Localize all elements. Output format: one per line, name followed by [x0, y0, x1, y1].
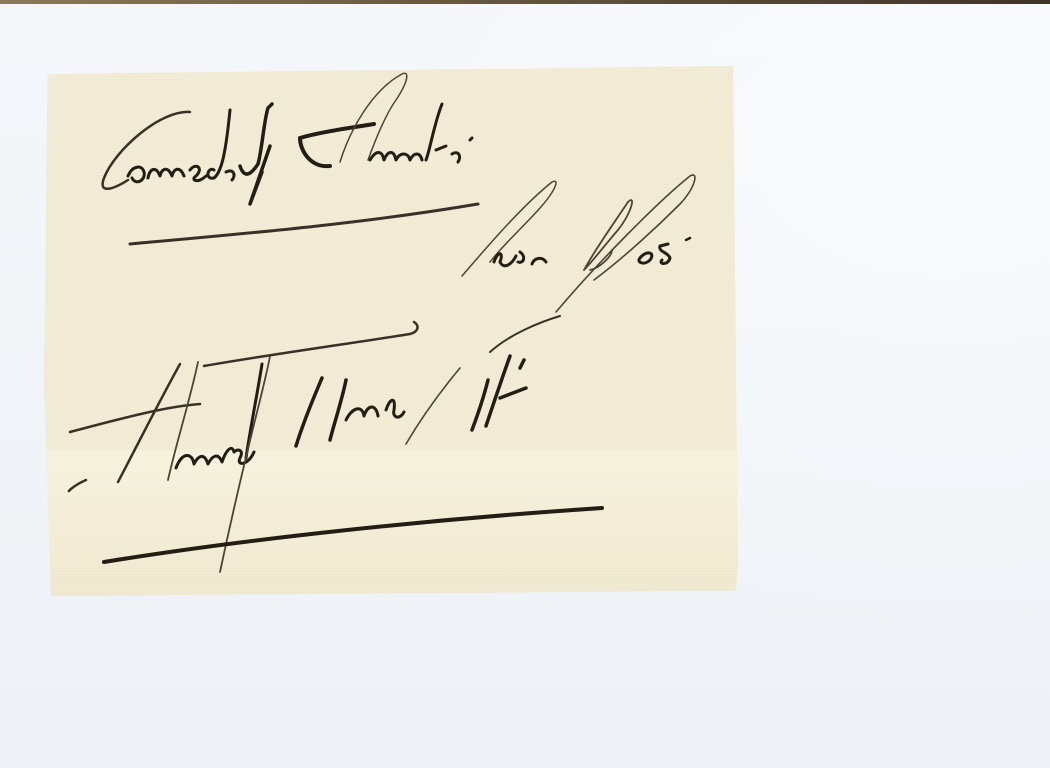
scanned-photo: Comedy Theatre Dec 6/05 Huntley Wright	[0, 0, 1050, 768]
handwriting-ink	[0, 0, 1050, 768]
signature-handwriting	[69, 316, 602, 572]
date-handwriting	[462, 175, 695, 312]
heading-handwriting	[103, 73, 478, 244]
